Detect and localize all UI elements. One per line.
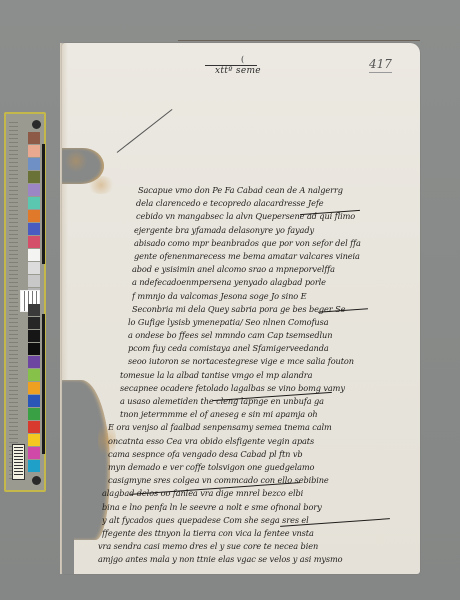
manuscript-line: dela clarencedo e tecopredo alacardresse… <box>136 197 416 210</box>
color-patch <box>28 210 40 222</box>
manuscript-line: cama sespnce ofa vengado desa Cabad pl f… <box>108 448 416 461</box>
scale-ruler <box>9 122 18 482</box>
color-patch <box>28 421 40 433</box>
folio-number: 417 <box>369 57 392 73</box>
manuscript-line: cebido vn mangabsec la alvn Quepersene a… <box>136 210 416 223</box>
color-patch <box>28 223 40 235</box>
color-patch <box>28 236 40 248</box>
manuscript-line: alagbad delos oo fanlea vra dige mnrel b… <box>102 487 416 500</box>
color-patch <box>28 184 40 196</box>
color-patch <box>28 382 40 394</box>
color-patch <box>28 330 40 342</box>
manuscript-line: myn demado e ver coffe tolsvigon one gue… <box>108 461 416 474</box>
manuscript-line: amjgo antes mala y non ttnie elas vgac s… <box>98 553 416 566</box>
color-patch <box>28 249 40 261</box>
color-patch <box>28 408 40 420</box>
color-patch <box>28 197 40 209</box>
color-patch <box>28 356 40 368</box>
color-patch <box>28 275 40 287</box>
manuscript-line: abod e ysisimin anel alcomo srao a mpnep… <box>132 263 416 276</box>
color-patch <box>28 369 40 381</box>
color-patch <box>28 132 40 144</box>
manuscript-line: lo Gufige lysisb ymenepatia/ Seo nlnen C… <box>128 316 416 329</box>
manuscript-line: Seconbria mi dela Quey sabria pora ge be… <box>132 303 416 316</box>
manuscript-line: tnon jetermmme el of aneseg e sin mi apa… <box>120 408 416 421</box>
header-mark: ( <box>241 55 244 64</box>
color-patch <box>28 434 40 446</box>
manuscript-line: oncatnta esso Cea vra obido elsfigente v… <box>108 435 416 448</box>
color-patch <box>28 158 40 170</box>
color-patch <box>28 171 40 183</box>
color-patch <box>28 262 40 274</box>
manuscript-line: bina e lno penfa ln le seevre a nolt e s… <box>102 501 416 514</box>
mount-hole-icon <box>32 476 41 485</box>
color-patch <box>28 145 40 157</box>
manuscript-line: vra sendra casi memo dres el y sue core … <box>98 540 416 553</box>
manuscript-body-text: Sacapue vmo don Pe Fa Cabad cean de A na… <box>138 184 416 566</box>
manuscript-line: f mmnjo da valcomas Jesona soge Jo sino … <box>132 290 416 303</box>
manuscript-line: ejergente bra yfamada delasonyre yo faya… <box>134 224 416 237</box>
color-patch <box>28 460 40 472</box>
mount-hole-icon <box>32 120 41 129</box>
color-patches-upper <box>28 132 40 300</box>
color-patch <box>28 447 40 459</box>
manuscript-line: gente ofenenmarecess me bema amatar valc… <box>134 250 416 263</box>
density-bar <box>42 144 45 264</box>
water-stain <box>64 150 88 172</box>
manuscript-line: abisado como mpr beanbrados que por von … <box>134 237 416 250</box>
manuscript-line: tomesue la la albad tantise vmgo el mp a… <box>120 369 416 382</box>
color-patches-lower <box>28 304 40 472</box>
manuscript-line: a ondese bo ffees sel mmndo cam Cap tsem… <box>128 329 416 342</box>
manuscript-line: E ora venjso al faalbad senpensamy semea… <box>108 421 416 434</box>
manuscript-line: a ndefecadoenmpersena yenyado alagbad po… <box>132 276 416 289</box>
manuscript-line: secapnee ocadere fetolado lagalbas se vi… <box>120 382 416 395</box>
manuscript-line: ffegente des ttnyon la tierra con vica l… <box>102 527 416 540</box>
paper-damage-loss <box>62 500 74 574</box>
water-stain <box>86 176 116 194</box>
color-patch <box>28 395 40 407</box>
barcode-label-icon <box>12 444 25 480</box>
density-bar <box>42 314 45 454</box>
torn-edge <box>178 40 420 47</box>
color-patch <box>28 343 40 355</box>
header-annotation: xttº seme <box>215 66 261 76</box>
manuscript-line: Sacapue vmo don Pe Fa Cabad cean de A na… <box>138 184 416 197</box>
manuscript-line: seoo iutoron se nortacestegrese vige e m… <box>128 355 416 368</box>
color-calibration-target <box>4 112 46 492</box>
manuscript-line: pcom fuy ceda comistaya anel Sfamigervee… <box>128 342 416 355</box>
color-patch <box>28 304 40 316</box>
color-patch <box>28 317 40 329</box>
